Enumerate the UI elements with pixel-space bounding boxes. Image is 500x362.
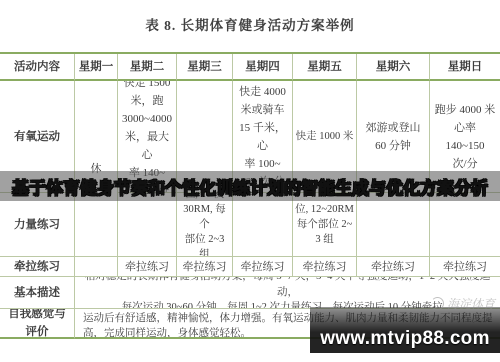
header-sunday: 星期日 bbox=[430, 54, 500, 81]
header-friday: 星期五 bbox=[293, 54, 357, 81]
headline-text: 基于体育健身节奏和个性化训练计划的智能生成与优化方案分析 bbox=[12, 174, 488, 199]
cell-stretch-friday: 牵拉练习 bbox=[293, 257, 357, 277]
watermark-logo-text: 海淀体育 bbox=[447, 295, 495, 312]
cell-stretch-monday bbox=[75, 257, 118, 277]
table-title: 表 8. 长期体育健身活动方案举例 bbox=[0, 16, 500, 36]
watermark-logo: 海淀体育 bbox=[431, 295, 495, 312]
cell-strength-wednesday: 位, 20 次 30RM, 每个 部位 2~3 组 bbox=[177, 193, 233, 257]
cell-strength-sunday bbox=[430, 193, 500, 257]
header-tuesday: 星期二 bbox=[118, 54, 177, 81]
cell-strength-friday: 位, 12~20RM 每个部位 2~ 3 组 bbox=[293, 193, 357, 257]
watermark-box: 海淀体育 www.mtvip88.com bbox=[310, 307, 500, 353]
headline-overlay-band: 基于体育健身节奏和个性化训练计划的智能生成与优化方案分析 bbox=[0, 171, 500, 201]
watermark-logo-swirl-icon bbox=[431, 297, 444, 310]
row-label-evaluation: 自我感觉与 评价 bbox=[0, 309, 75, 339]
cell-stretch-saturday: 牵拉练习 bbox=[357, 257, 430, 277]
cell-stretch-thursday: 牵拉练习 bbox=[233, 257, 293, 277]
row-label-strength: 力量练习 bbox=[0, 193, 75, 257]
cell-stretch-tuesday: 牵拉练习 bbox=[118, 257, 177, 277]
cell-stretch-wednesday: 牵拉练习 bbox=[177, 257, 233, 277]
row-label-stretch: 牵拉练习 bbox=[0, 257, 75, 277]
cell-aerobic-monday-rest: 休 bbox=[75, 81, 118, 257]
cell-strength-saturday bbox=[357, 193, 430, 257]
header-wednesday: 星期三 bbox=[177, 54, 233, 81]
watermark-url: www.mtvip88.com bbox=[310, 328, 500, 350]
cell-strength-tuesday bbox=[118, 193, 177, 257]
cell-stretch-sunday: 牵拉练习 bbox=[430, 257, 500, 277]
header-activity: 活动内容 bbox=[0, 54, 75, 81]
header-monday: 星期一 bbox=[75, 54, 118, 81]
row-label-description: 基本描述 bbox=[0, 277, 75, 309]
header-saturday: 星期六 bbox=[357, 54, 430, 81]
cell-strength-thursday bbox=[233, 193, 293, 257]
header-thursday: 星期四 bbox=[233, 54, 293, 81]
